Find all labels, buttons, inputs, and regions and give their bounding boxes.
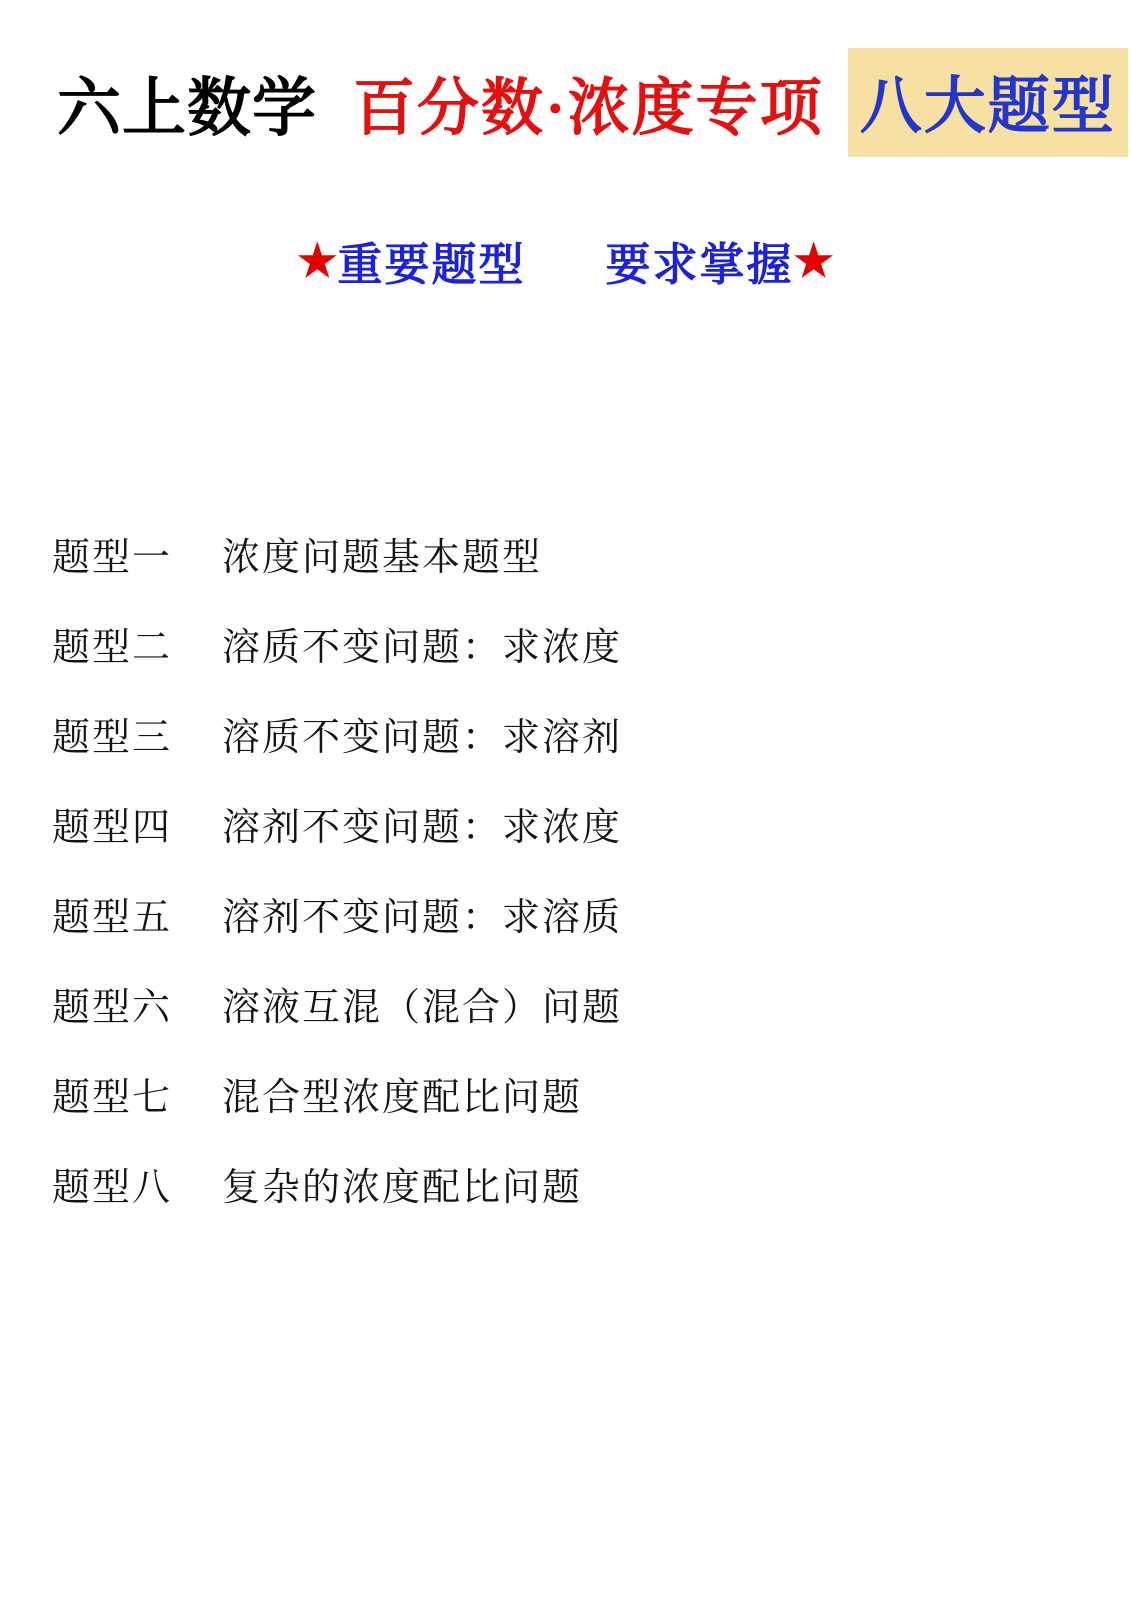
item-title: 复杂的浓度配比问题 (222, 1168, 582, 1208)
list-item: 题型四 溶剂不变问题：求浓度 (52, 808, 1091, 848)
item-title: 混合型浓度配比问题 (222, 1078, 582, 1118)
list-item: 题型五 溶剂不变问题：求溶质 (52, 898, 1091, 938)
item-title: 浓度问题基本题型 (222, 538, 542, 578)
star-icon: ★ (794, 234, 834, 287)
item-label: 题型二 (52, 628, 222, 668)
item-label: 题型三 (52, 718, 222, 758)
item-label: 题型五 (52, 898, 222, 938)
item-label: 题型四 (52, 808, 222, 848)
item-label: 题型六 (52, 988, 222, 1028)
title-topic: 百分数·浓度专项 (353, 58, 824, 147)
title-highlight-badge: 八大题型 (848, 48, 1128, 157)
item-title: 溶质不变问题：求溶剂 (222, 718, 622, 758)
subtitle-left: ★ 重要题型 (297, 228, 525, 293)
subtitle-right: 要求掌握 ★ (606, 228, 834, 293)
item-title: 溶剂不变问题：求浓度 (222, 808, 622, 848)
page-title: 六上数学 百分数·浓度专项 八大题型 (57, 48, 1128, 157)
list-item: 题型八 复杂的浓度配比问题 (52, 1168, 1091, 1208)
list-item: 题型三 溶质不变问题：求溶剂 (52, 718, 1091, 758)
subtitle-left-text: 重要题型 (337, 228, 525, 293)
list-item: 题型一 浓度问题基本题型 (52, 538, 1091, 578)
subtitle-right-text: 要求掌握 (606, 228, 794, 293)
list-item: 题型七 混合型浓度配比问题 (52, 1078, 1091, 1118)
item-title: 溶剂不变问题：求溶质 (222, 898, 622, 938)
list-item: 题型二 溶质不变问题：求浓度 (52, 628, 1091, 668)
subtitle: ★ 重要题型 要求掌握 ★ (0, 228, 1131, 293)
document-page: 六上数学 百分数·浓度专项 八大题型 ★ 重要题型 要求掌握 ★ 题型一 浓度问… (0, 0, 1131, 1600)
list-item: 题型六 溶液互混（混合）问题 (52, 988, 1091, 1028)
star-icon: ★ (297, 234, 337, 287)
item-title: 溶液互混（混合）问题 (222, 988, 622, 1028)
item-title: 溶质不变问题：求浓度 (222, 628, 622, 668)
problem-type-list: 题型一 浓度问题基本题型 题型二 溶质不变问题：求浓度 题型三 溶质不变问题：求… (52, 538, 1091, 1258)
item-label: 题型一 (52, 538, 222, 578)
item-label: 题型七 (52, 1078, 222, 1118)
title-course: 六上数学 (57, 57, 317, 149)
item-label: 题型八 (52, 1168, 222, 1208)
